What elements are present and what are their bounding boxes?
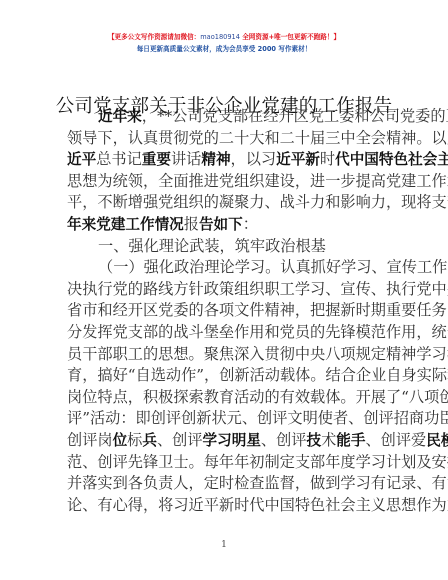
body-text: 论、有心得，将习近平新时代中国特色社会主义思想作为重要 [67,496,448,514]
body-text: 范、创评先锋卫士。每年年初制定支部年度学习计划及安排， [67,453,448,471]
body-text: 省市和经开区党委的各项文件精神，把握新时期重要任务，充 [67,301,448,319]
promo-text-red-2: 全网资源+唯一包更新不跑路！】 [240,33,340,41]
body-text: 、创评爱 [365,431,426,449]
text-line: 论、有心得，将习近平新时代中国特色社会主义思想作为重要 [67,495,385,517]
text-line: 育，搞好“自选动作”，创新活动载体。结合企业自身实际和 [67,365,385,387]
body-text: 领导下，认真贯彻党的二十大和二十届三中全会精神。以及习 [67,129,448,147]
document-page: 【更多公文写作资源请加微信：mao180914 全网资源+唯一包更新不跑路！】 … [0,0,448,580]
body-text: 时 [320,150,335,168]
bold-text: 近平 [67,151,96,168]
promo-banner: 【更多公文写作资源请加微信：mao180914 全网资源+唯一包更新不跑路！】 … [0,31,448,55]
text-line: 创评岗位标兵、创评学习明星、创评技术能手、创评爱民模 [67,430,385,452]
body-text: 员干部职工的思想。聚焦深入贯彻中央八项规定精神学习教 [67,345,448,363]
bold-text: 告如下 [199,216,243,233]
promo-line-1: 【更多公文写作资源请加微信：mao180914 全网资源+唯一包更新不跑路！】 [0,31,448,43]
body-text: 决执行党的路线方针政策组织职工学习、宣传、执行党中央、 [67,280,448,298]
text-line: （一）强化政治理论学习。认真抓好学习、宣传工作，坚 [67,257,385,279]
bold-text: 重要 [142,151,171,168]
body-text: 育，搞好“自选动作”，创新活动载体。结合企业自身实际和 [67,366,448,384]
body-text: 分发挥党支部的战斗堡垒作用和党员的先锋模范作用，统一党 [67,323,448,341]
promo-text-red: 【更多公文写作资源请加微信： [108,33,200,41]
body-text: 思想为统领，全面推进党组织建设，进一步提高党建工作水 [67,172,448,190]
body-text: （一）强化政治理论学习。认真抓好学习、宣传工作，坚 [98,258,448,276]
body-text: 创评岗 [67,431,113,449]
body-text: 评”活动：即创评创新状元、创评文明使者、创评招商功臣、 [67,409,448,427]
bold-text: 代中国特色社会主 [335,151,448,168]
document-body: 近年来，**公司党支部在经开区党工委和公司党委的正确领导下，认真贯彻党的二十大和… [67,106,385,516]
bold-text: 学习明星 [203,432,261,449]
bold-text: 兵 [142,432,157,449]
body-text: 总书记 [96,150,142,168]
body-text: ，**公司党支部在经开区党工委和公司党委的正确 [142,107,448,125]
text-line: 决执行党的路线方针政策组织职工学习、宣传、执行党中央、 [67,279,385,301]
text-line: 领导下，认真贯彻党的二十大和二十届三中全会精神。以及习 [67,128,385,150]
body-text: 术 [321,431,336,449]
bold-text: 技 [306,432,321,449]
body-text: 讲话 [171,150,201,168]
wechat-id: mao180914 [200,33,240,41]
text-line: 一、强化理论武装，筑牢政治根基 [67,236,385,258]
bold-text: 精神 [201,151,230,168]
body-text: 、创评 [261,431,307,449]
body-text: 报 [184,215,199,233]
body-text: 并落实到各负责人，定时检查监督，做到学习有记录、有讨 [67,474,448,492]
text-line: 平，不断增强党组织的凝聚力、战斗力和影响力，现将支部近 [67,192,385,214]
body-text: ： [243,215,258,233]
text-line: 范、创评先锋卫士。每年年初制定支部年度学习计划及安排， [67,452,385,474]
text-line: 思想为统领，全面推进党组织建设，进一步提高党建工作水 [67,171,385,193]
text-line: 近平总书记重要讲话精神，以习近平新时代中国特色社会主义 [67,149,385,171]
text-line: 年来党建工作情况报告如下： [67,214,385,236]
body-text: 、创评 [157,431,203,449]
promo-line-2: 每日更新高质量公文素材，成为会员享受 2000 写作素材！ [0,43,448,55]
body-text: 标 [127,431,142,449]
bold-text: 位 [113,432,128,449]
text-line: 岗位特点，积极探索教育活动的有效载体。开展了“八项创 [67,387,385,409]
bold-text: 民模 [426,432,448,449]
bold-text: 近平新 [276,151,320,168]
text-line: 员干部职工的思想。聚焦深入贯彻中央八项规定精神学习教 [67,344,385,366]
page-number: 1 [0,540,448,550]
bold-text: 近年来 [98,108,142,125]
text-line: 评”活动：即创评创新状元、创评文明使者、创评招商功臣、 [67,408,385,430]
body-text: 岗位特点，积极探索教育活动的有效载体。开展了“八项创 [67,388,448,406]
text-line: 并落实到各负责人，定时检查监督，做到学习有记录、有讨 [67,473,385,495]
body-text: ，以习 [231,150,277,168]
text-line: 分发挥党支部的战斗堡垒作用和党员的先锋模范作用，统一党 [67,322,385,344]
text-line: 省市和经开区党委的各项文件精神，把握新时期重要任务，充 [67,300,385,322]
body-text: 一、强化理论武装，筑牢政治根基 [98,237,326,255]
body-text: 平，不断增强党组织的凝聚力、战斗力和影响力，现将支部近 [67,193,448,211]
bold-text: 能手 [336,432,365,449]
bold-text: 年来党建工作情况 [67,216,184,233]
text-line: 近年来，**公司党支部在经开区党工委和公司党委的正确 [67,106,385,128]
